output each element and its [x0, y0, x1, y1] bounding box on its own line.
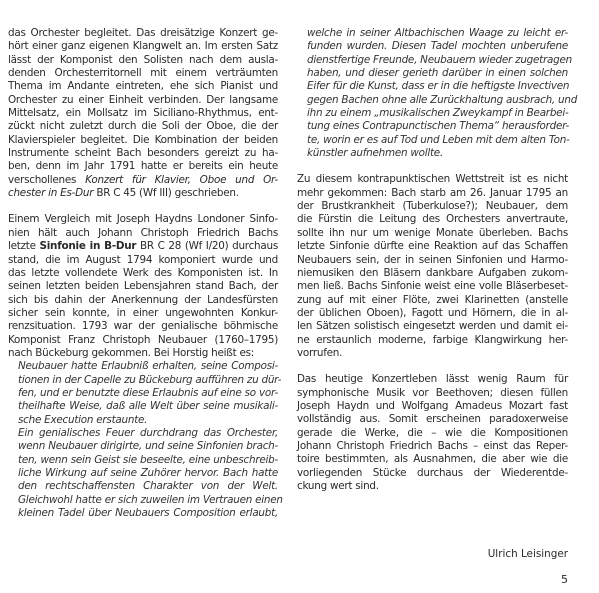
right-column: welche in seiner Altbachischen Waage zu …: [297, 27, 568, 493]
text-line: ne erstaunlich moderne, farbige Klangwir…: [297, 334, 568, 347]
text-line: Einem Vergleich mit Joseph Haydns London…: [8, 213, 278, 226]
left-column: das Orchester begleitet. Das dreisätzige…: [8, 27, 278, 520]
text-line: zückt nicht zuletzt durch die Soli der O…: [8, 120, 278, 133]
text-line: letzte Sinfonie dürfte eine Reaktion auf…: [297, 240, 568, 253]
paragraph-concert-life: Das heutige Konzertleben lässt wenig Rau…: [297, 373, 568, 493]
author-signature: Ulrich Leisinger: [480, 548, 568, 560]
text-line: Komponist Franz Christoph Neubauer (1760…: [8, 334, 278, 347]
text-line: sich bis dahin der Anerkennung der Lande…: [8, 294, 278, 307]
quote-line: den rechtschaffensten Charakter von der …: [18, 480, 278, 493]
text-line: verschollenes Konzert für Klavier, Oboe …: [8, 174, 278, 187]
text-line: vollständig aus. Somit erscheinen parado…: [297, 413, 568, 426]
text-line: ben, denn im Jahr 1791 hatte er bereits …: [8, 160, 278, 173]
quote-line: fen, und er benutzte diese Erlaubnis auf…: [18, 387, 278, 400]
text-line: Neubauers sein, der in seinen Sinfonien …: [297, 254, 568, 267]
text-line: Johann Christoph Friedrich Bachs – einst…: [297, 440, 568, 453]
quote-line: gegen Bachen ohne alle Zurückhaltung aus…: [307, 94, 568, 107]
quote-line: theilhafte Weise, daß alle Welt über sei…: [18, 400, 278, 413]
text-run: BR C 28 (Wf I/20) durchaus: [136, 240, 278, 252]
quote-line: welche in seiner Altbachischen Waage zu …: [307, 27, 568, 40]
text-line: chester in Es-Dur BR C 45 (Wf III) gesch…: [8, 187, 278, 200]
quote-line: Neubauer hatte Erlaubniß erhalten, seine…: [18, 360, 278, 373]
text-run: verschollenes: [8, 174, 85, 186]
text-line: nach Bückeburg gekommen. Bei Horstig hei…: [8, 347, 278, 360]
text-line: niemusiken den Bläsern dankbare Aufgaben…: [297, 267, 568, 280]
text-line: Thema im Andante eintreten, ehe sich Pia…: [8, 80, 278, 93]
quote-line: Ein genialisches Feuer durchdrang das Or…: [18, 427, 278, 440]
quote-line: ten, wenn sein Geist sie beseelte, eine …: [18, 454, 278, 467]
text-line: sollte ihn nur um wenige Monate überlebe…: [297, 227, 568, 240]
text-line: sicher sein konnte, in einer ungewohnten…: [8, 307, 278, 320]
text-line: nien hält auch Johann Christoph Friedric…: [8, 227, 278, 240]
paragraph-concerto: das Orchester begleitet. Das dreisätzige…: [8, 27, 278, 200]
text-line: letzte Sinfonie in B-Dur BR C 28 (Wf I/2…: [8, 240, 278, 253]
text-line: vorrufen.: [297, 347, 568, 360]
work-title: Konzert für Klavier, Oboe und Or-: [85, 174, 278, 186]
text-line: toire bestimmten, als Ausnahmen, die abe…: [297, 453, 568, 466]
text-line: lässt der Komponist den Solisten nach de…: [8, 54, 278, 67]
text-line: Zu diesem kontrapunktischen Wettstreit i…: [297, 173, 568, 186]
quote-horstig-continued: welche in seiner Altbachischen Waage zu …: [307, 27, 568, 160]
quote-line: te, worin er es auf Tod und Leben mit de…: [307, 134, 568, 147]
quote-line: kleinen Tadel über Neubauers Composition…: [18, 507, 278, 520]
text-line: der üblichen Oboen), Fagott und Hörnern,…: [297, 307, 568, 320]
page-number: 5: [555, 573, 568, 586]
paragraph-contest: Zu diesem kontrapunktischen Wettstreit i…: [297, 173, 568, 360]
text-line: gerade die Werke, die – wie die Komposit…: [297, 427, 568, 440]
quote-line: haben, und dieser gerieth darüber in ein…: [307, 67, 568, 80]
text-line: mehr gekommen: Bach starb am 26. Januar …: [297, 187, 568, 200]
quote-line: künstler aufnehmen wollte.: [307, 147, 568, 160]
text-line: Instrumente scheint Bach besonders gerei…: [8, 147, 278, 160]
text-line: das letzte vollendete Werk des Komponist…: [8, 267, 278, 280]
work-title-bold: Sinfonie in B-Dur: [40, 240, 137, 252]
text-line: seinen letzten beiden Lebensjahren stand…: [8, 280, 278, 293]
text-line: Orchester zu einer Einheit verbinden. De…: [8, 94, 278, 107]
paragraph-symphony: Einem Vergleich mit Joseph Haydns London…: [8, 213, 278, 360]
quote-line: ihn zu einem „musikalischen Zweykampf in…: [307, 107, 568, 120]
text-line: len Sätzen solistisch eingesetzt werden …: [297, 320, 568, 333]
text-line: Joseph Haydn und Wolfgang Amadeus Mozart…: [297, 400, 568, 413]
text-line: vorliegenden Stücke durchaus der Wiedere…: [297, 467, 568, 480]
quote-line: tung eines Contrapunctischen Thema“ hera…: [307, 120, 568, 133]
quote-line: liche Wirkung auf seine Zuhörer hervor. …: [18, 467, 278, 480]
text-line: der Brustkrankheit (Tuberkulose?); Neuba…: [297, 200, 568, 213]
quote-line: tionen in der Capelle zu Bückeburg auffü…: [18, 374, 278, 387]
text-line: die Fürstin die Leitung des Orchesters a…: [297, 213, 568, 226]
text-line: ckung wert sind.: [297, 480, 568, 493]
text-run: letzte: [8, 240, 40, 252]
quote-line: Eifer für die Kunst, dass er in die heft…: [307, 80, 568, 93]
text-line: zung auf mit einer Flöte, zwei Klarinett…: [297, 294, 568, 307]
work-title: chester in Es-Dur: [8, 187, 93, 199]
text-line: hört einer ganz eigenen Klangwelt an. Im…: [8, 40, 278, 53]
quote-horstig-2: Ein genialisches Feuer durchdrang das Or…: [18, 427, 278, 520]
text-line: denden Orchesterritornell mit einem vert…: [8, 67, 278, 80]
quote-line: dienstfertige Freunde, Neubauern wieder …: [307, 54, 568, 67]
text-line: Das heutige Konzertleben lässt wenig Rau…: [297, 373, 568, 386]
quote-line: sche Execution erstaunte.: [18, 414, 278, 427]
quote-line: funden wurden. Diesen Tadel mochten unbe…: [307, 40, 568, 53]
quote-line: Gleichwohl hatte er sich zuweilen im Ver…: [18, 494, 278, 507]
text-line: men ließ. Bachs Sinfonie weist eine voll…: [297, 280, 568, 293]
text-run: BR C 45 (Wf III) geschrieben.: [93, 187, 239, 199]
text-line: renzsituation. 1793 war der genialische …: [8, 320, 278, 333]
text-line: Mittelsatz, ein Mollsatz im Siciliano-Rh…: [8, 107, 278, 120]
quote-horstig-1: Neubauer hatte Erlaubniß erhalten, seine…: [18, 360, 278, 427]
quote-line: wenn Neubauer dirigirte, und seine Sinfo…: [18, 440, 278, 453]
text-line: stand, die im August 1794 komponiert wur…: [8, 254, 278, 267]
text-line: symphonische Musik vor Beethoven; diesen…: [297, 387, 568, 400]
text-line: das Orchester begleitet. Das dreisätzige…: [8, 27, 278, 40]
text-line: Klavierspieler begleitet. Die Kombinatio…: [8, 134, 278, 147]
